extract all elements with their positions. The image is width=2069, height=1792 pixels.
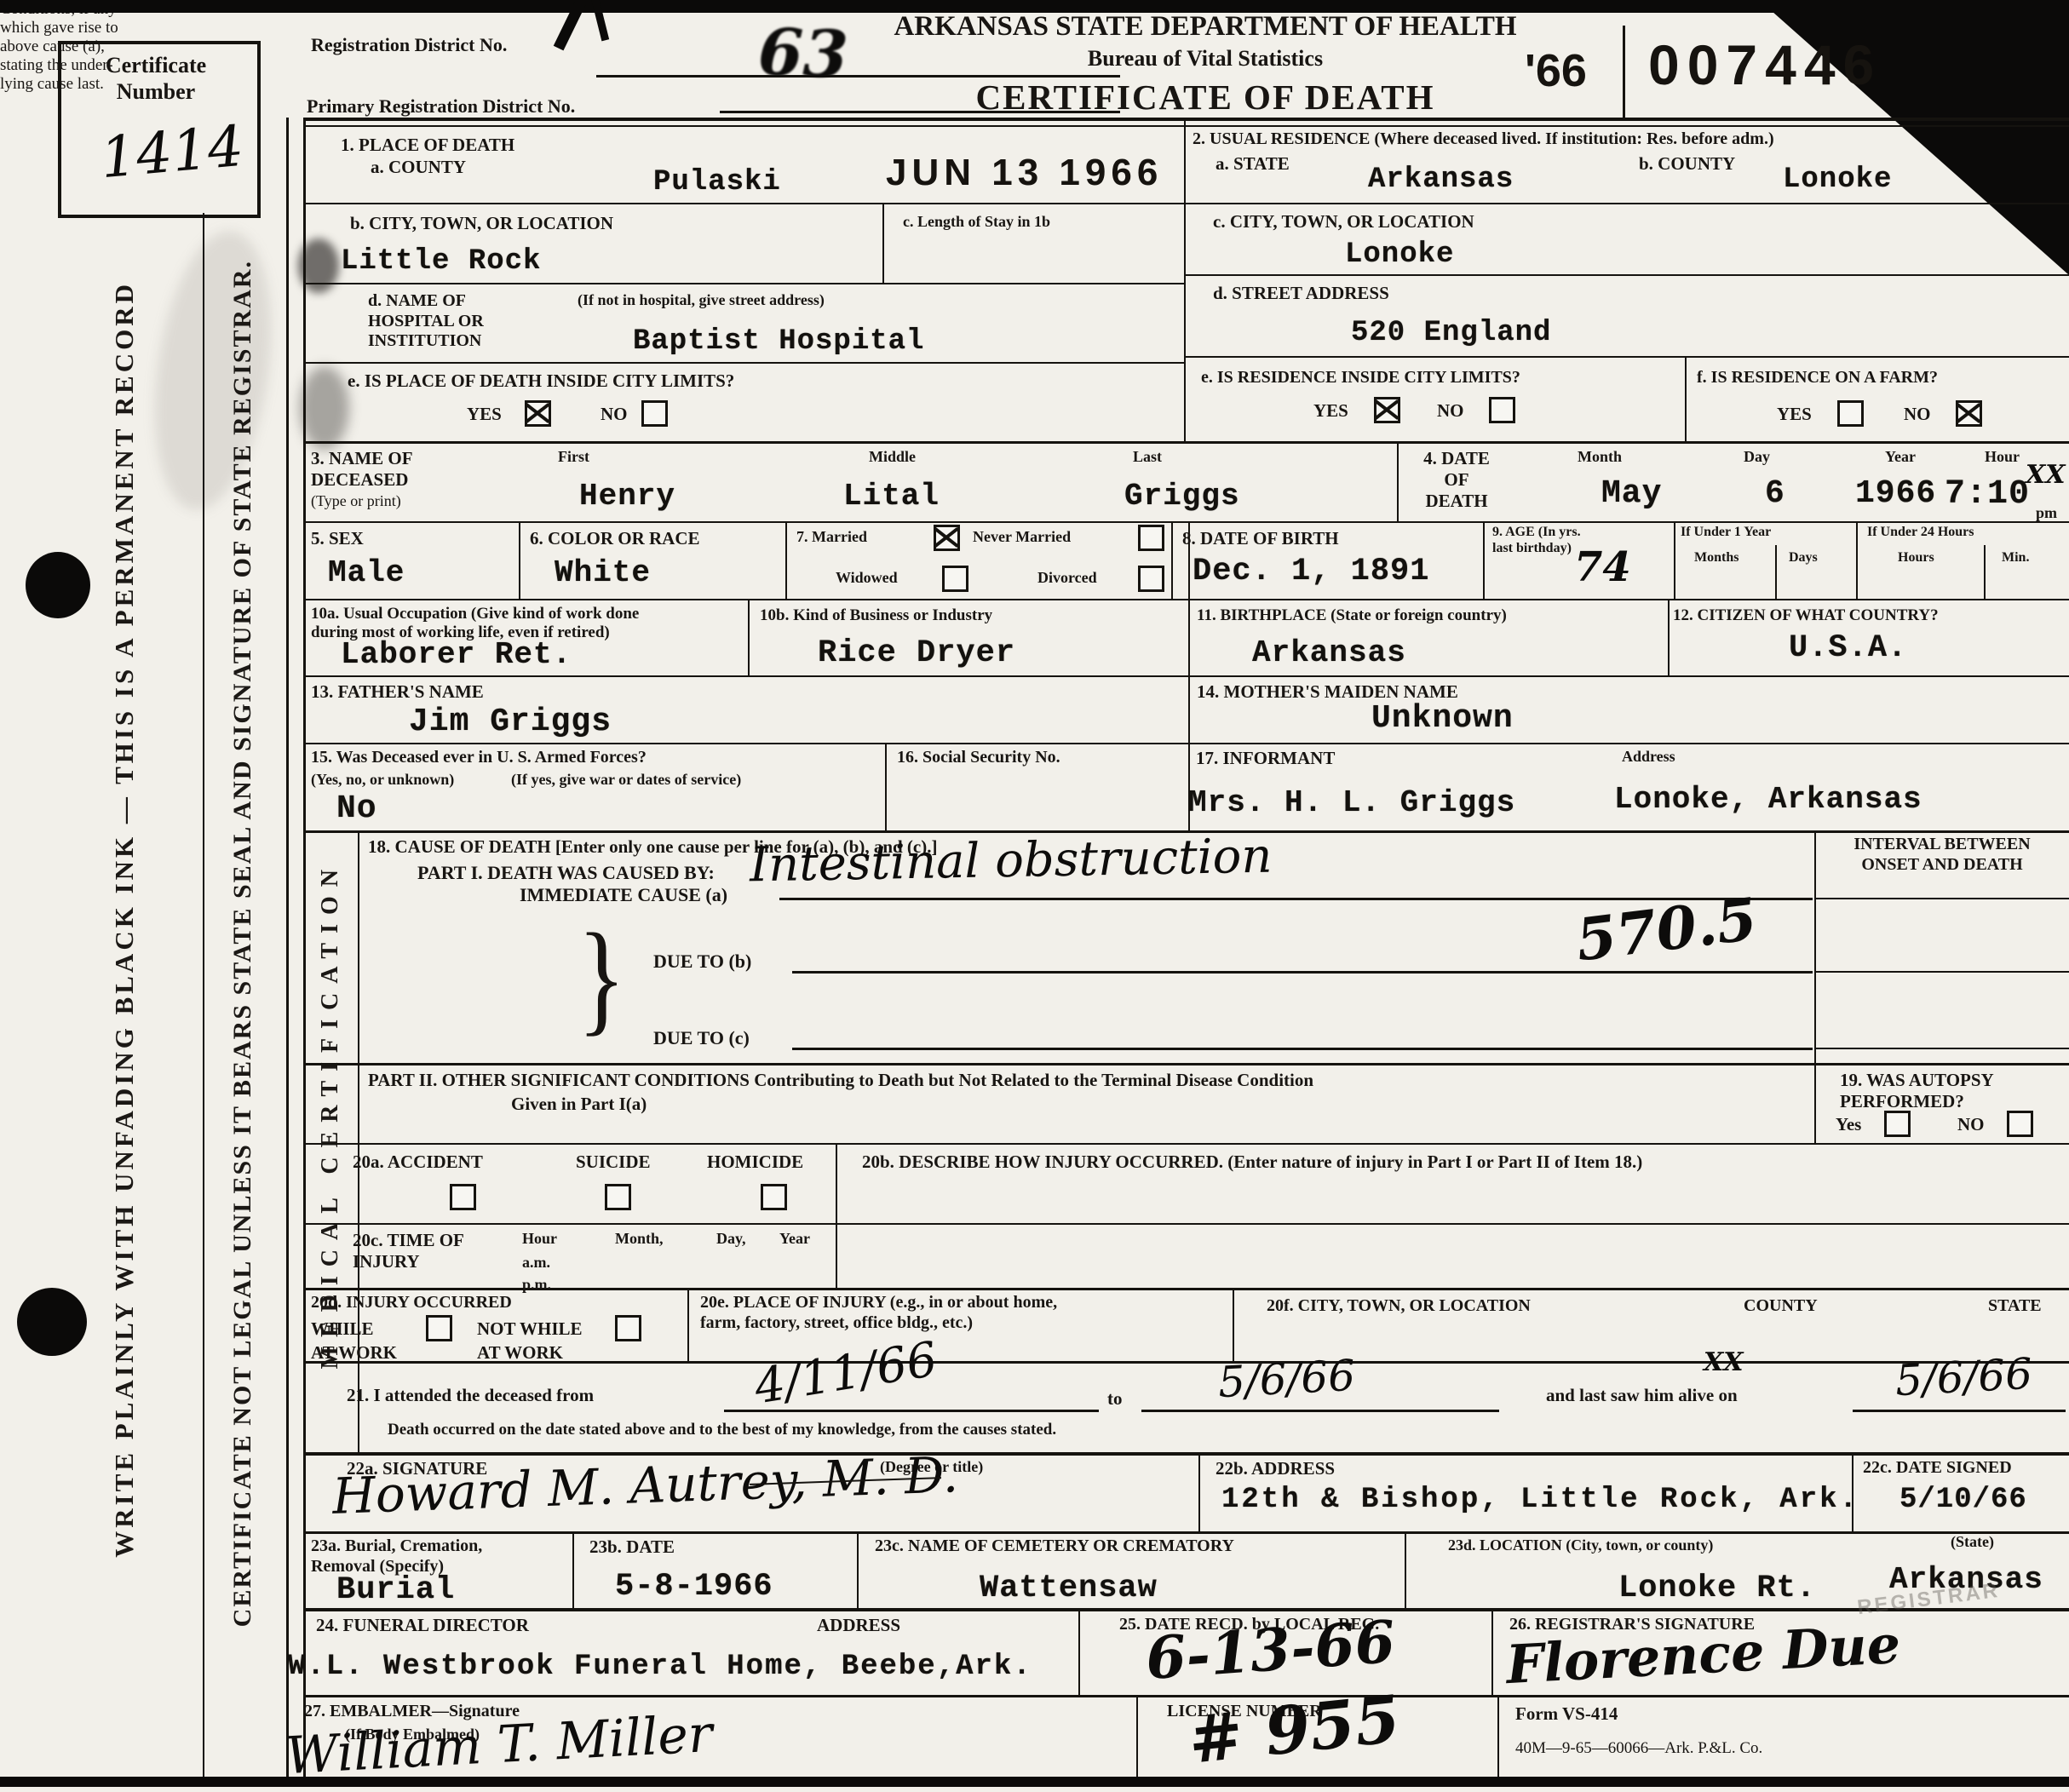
field-21-mid-text: and last saw him alive on <box>1546 1385 1738 1406</box>
certificate-serial-number: 007446 <box>1648 32 1882 97</box>
field-2d-street-value: 520 England <box>1351 317 1551 349</box>
field-1a-county-value: Pulaski <box>653 166 781 198</box>
field-19-label: 19. WAS AUTOPSY PERFORMED? <box>1840 1070 1994 1112</box>
field-18b-due-label: DUE TO (b) <box>653 951 751 973</box>
divider <box>1483 521 1485 599</box>
divider <box>1814 971 2069 973</box>
checkbox-7-married <box>934 525 960 551</box>
field-6-label: 6. COLOR OR RACE <box>530 528 700 549</box>
certificate-number-value: 1414 <box>98 113 246 191</box>
field-2e-limits-label: e. IS RESIDENCE INSIDE CITY LIMITS? <box>1201 368 1520 388</box>
divider <box>303 1063 2069 1065</box>
field-1b-city-label: b. CITY, TOWN, OR LOCATION <box>350 213 613 234</box>
field-8-value: Dec. 1, 1891 <box>1193 554 1429 589</box>
divider <box>748 599 750 675</box>
field-20e-label: 20e. PLACE OF INJURY (e.g., in or about … <box>700 1293 1057 1333</box>
field-20b-label: 20b. DESCRIBE HOW INJURY OCCURRED. (Ente… <box>862 1152 2037 1173</box>
divider <box>1497 1695 1499 1777</box>
field-3-label: 3. NAME OF DECEASED <box>311 448 413 491</box>
divider <box>303 521 2069 523</box>
divider <box>836 1143 837 1288</box>
field-12-label: 12. CITIZEN OF WHAT COUNTRY? <box>1673 606 1939 625</box>
checkbox-7-never-married <box>1138 525 1164 551</box>
field-2b-county-label: b. COUNTY <box>1639 153 1735 175</box>
divider <box>303 118 2069 121</box>
field-19-no-label: NO <box>1957 1114 1985 1135</box>
field-1c-stay-label: c. Length of Stay in 1b <box>903 213 1050 231</box>
divider <box>303 1361 2069 1364</box>
divider <box>1674 521 1675 599</box>
department-title: ARKANSAS STATE DEPARTMENT OF HEALTH <box>852 10 1559 43</box>
field-22c-value: 5/10/66 <box>1899 1484 2027 1516</box>
divider <box>203 213 204 1777</box>
field-3-middle-value: Lital <box>843 479 940 514</box>
field-20c-pm-label: p.m. <box>522 1276 551 1294</box>
field-21-from-value: 4/11/66 <box>750 1332 940 1416</box>
field-23d-state-label: (State) <box>1951 1533 1994 1551</box>
field-20c-year-label: Year <box>779 1230 810 1248</box>
hole-punch <box>26 552 90 618</box>
field-4-day-value: 6 <box>1765 475 1785 512</box>
registration-district-value: 63 <box>756 14 849 93</box>
divider <box>303 125 2069 127</box>
field-22b-label: 22b. ADDRESS <box>1216 1458 1335 1479</box>
field-16-label: 16. Social Security No. <box>897 748 1060 768</box>
field-15-hint1: (Yes, no, or unknown) <box>311 771 454 789</box>
ink-ghost-smudge <box>139 224 288 518</box>
divider <box>572 1531 574 1608</box>
field-3-first-label: First <box>558 448 589 466</box>
divider <box>303 743 2069 744</box>
checkbox-2e-yes <box>1374 397 1400 423</box>
checkbox-19-yes <box>1884 1111 1911 1137</box>
field-20a-accident-label: 20a. ACCIDENT <box>353 1152 483 1173</box>
form-number: Form VS-414 <box>1515 1703 1618 1725</box>
field-3-last-value: Griggs <box>1124 479 1240 514</box>
field-7-never-married-label: Never Married <box>973 528 1071 546</box>
field-12-value: U.S.A. <box>1789 630 1907 666</box>
field-18-part2-label: PART II. OTHER SIGNIFICANT CONDITIONS Co… <box>368 1070 1808 1091</box>
divider <box>303 283 1184 284</box>
checkbox-20a-accident <box>450 1184 476 1210</box>
certificate-number-label: Certificate Number <box>66 53 245 105</box>
field-4-ampm: pm <box>2036 504 2057 522</box>
divider <box>1141 1410 1499 1412</box>
field-2b-county-value: Lonoke <box>1783 164 1892 196</box>
field-10b-value: Rice Dryer <box>818 635 1015 671</box>
divider <box>857 1531 859 1608</box>
field-9-label: 9. AGE (In yrs. last birthday) <box>1492 525 1581 557</box>
field-20d-not-while-label: NOT WHILE <box>477 1318 583 1340</box>
field-20f-label: 20f. CITY, TOWN, OR LOCATION <box>1267 1296 1531 1317</box>
field-2e-yes-label: YES <box>1313 400 1348 422</box>
field-4-year-value: 1966 <box>1855 475 1936 512</box>
certificate-title: CERTIFICATE OF DEATH <box>852 77 1559 118</box>
field-1a-county-label: a. COUNTY <box>371 157 466 178</box>
margin-note-not-legal: CERTIFICATE NOT LEGAL UNLESS IT BEARS ST… <box>228 260 257 1627</box>
field-5-value: Male <box>328 555 405 590</box>
divider <box>303 118 306 1777</box>
field-4-month-value: May <box>1601 475 1662 512</box>
field-17-label: 17. INFORMANT <box>1196 748 1335 769</box>
divider <box>1775 545 1777 599</box>
divider <box>303 1531 2069 1534</box>
divider <box>1078 1608 1080 1695</box>
margin-note-permanent-record: WRITE PLAINLY WITH UNFADING BLACK INK — … <box>109 281 140 1558</box>
field-20d-while-label: WHILE <box>311 1318 374 1340</box>
field-20d-at-work2-label: AT WORK <box>477 1342 563 1364</box>
death-certificate-scan: Certificate Number 1414 WRITE PLAINLY WI… <box>0 0 2069 1792</box>
divider <box>885 743 887 830</box>
field-21-xx-mark: XX <box>1704 1347 1744 1377</box>
field-2f-farm-label: f. IS RESIDENCE ON A FARM? <box>1697 368 1938 388</box>
field-2d-street-label: d. STREET ADDRESS <box>1213 283 1389 304</box>
field-13-value: Jim Griggs <box>409 704 612 740</box>
field-2f-no-label: NO <box>1904 404 1931 425</box>
divider <box>1814 830 1816 1143</box>
field-9-value: 74 <box>1574 543 1631 591</box>
divider <box>1685 358 1687 441</box>
divider <box>303 441 2069 444</box>
field-1-title: 1. PLACE OF DEATH <box>341 135 514 156</box>
field-20c-day-label: Day, <box>716 1230 746 1248</box>
field-17-value: Mrs. H. L. Griggs <box>1188 785 1515 820</box>
field-23b-value: 5-8-1966 <box>615 1569 773 1605</box>
field-24-address-label: ADDRESS <box>817 1615 900 1636</box>
divider <box>1184 274 2069 276</box>
field-20a-homicide-label: HOMICIDE <box>707 1152 803 1173</box>
divider <box>303 675 2069 677</box>
field-23a-label: 23a. Burial, Cremation, Removal (Specify… <box>311 1536 482 1577</box>
divider <box>286 118 289 1777</box>
field-24-value: W.L. Westbrook Funeral Home, Beebe,Ark. <box>288 1651 1032 1683</box>
divider <box>1668 599 1670 675</box>
divider <box>1405 1531 1406 1608</box>
divider <box>1233 1288 1234 1361</box>
field-20f-county-label: COUNTY <box>1744 1296 1818 1317</box>
field-15-hint2: (If yes, give war or dates of service) <box>511 771 741 789</box>
divider <box>1491 1608 1493 1695</box>
form-print-info: 40M—9-65—60066—Ark. P.&L. Co. <box>1515 1739 1762 1758</box>
bureau-subtitle: Bureau of Vital Statistics <box>852 46 1559 72</box>
field-21-pre-text: 21. I attended the deceased from <box>347 1385 594 1406</box>
field-9-under1-label: If Under 1 Year <box>1681 525 1771 541</box>
field-22c-label: 22c. DATE SIGNED <box>1863 1458 2012 1479</box>
field-17-address-label: Address <box>1622 748 1675 766</box>
field-20d-label: 20d. INJURY OCCURRED <box>311 1293 512 1313</box>
divider <box>1184 121 1186 441</box>
divider <box>1184 356 2069 358</box>
divider <box>303 1452 2069 1456</box>
divider <box>303 203 2069 204</box>
field-3-middle-label: Middle <box>869 448 916 466</box>
divider <box>687 1288 689 1361</box>
field-9-under24-label: If Under 24 Hours <box>1867 525 1974 541</box>
field-1e-no-label: NO <box>601 404 628 425</box>
field-21-to-value: 5/6/66 <box>1217 1351 1357 1407</box>
field-13-label: 13. FATHER'S NAME <box>311 681 484 703</box>
field-11-value: Arkansas <box>1252 635 1406 670</box>
divider <box>303 1143 2069 1145</box>
checkbox-20a-suicide <box>605 1184 631 1210</box>
divider <box>1136 1695 1138 1777</box>
field-1b-city-value: Little Rock <box>341 245 541 278</box>
field-7-divorced-label: Divorced <box>1037 569 1097 587</box>
field-20c-label: 20c. TIME OF INJURY <box>353 1230 464 1272</box>
divider <box>1171 521 1173 599</box>
field-18-part2b-label: Given in Part I(a) <box>511 1094 647 1115</box>
field-11-label: 11. BIRTHPLACE (State or foreign country… <box>1197 606 1507 625</box>
field-21-to-word: to <box>1107 1388 1123 1410</box>
field-2c-city-value: Lonoke <box>1345 238 1454 271</box>
field-21-alive-value: 5/6/66 <box>1894 1349 2034 1405</box>
field-23d-label: 23d. LOCATION (City, town, or county) <box>1448 1536 1713 1554</box>
checkbox-20a-homicide <box>761 1184 787 1210</box>
field-18-part1-label: PART I. DEATH WAS CAUSED BY: <box>417 862 715 884</box>
checkbox-1e-yes <box>525 400 551 427</box>
field-23b-label: 23b. DATE <box>589 1536 675 1558</box>
field-15-value: No <box>336 790 377 827</box>
field-2f-yes-label: YES <box>1777 404 1812 425</box>
field-23c-label: 23c. NAME OF CEMETERY OR CREMATORY <box>875 1536 1234 1557</box>
field-20c-hour-label: Hour <box>522 1230 557 1248</box>
year-stamp: '66 <box>1525 44 1587 97</box>
field-1d-hospital-hint: (If not in hospital, give street address… <box>578 291 825 309</box>
divider <box>1198 1452 1200 1531</box>
field-7-married-label: 7. Married <box>796 528 867 546</box>
divider <box>882 204 884 283</box>
field-1e-limits-label: e. IS PLACE OF DEATH INSIDE CITY LIMITS? <box>348 370 734 392</box>
divider <box>303 1288 2069 1290</box>
divider <box>303 599 2069 600</box>
field-1d-hospital-label: d. NAME OF HOSPITAL OR INSTITUTION <box>368 291 484 352</box>
checkbox-20d-while <box>426 1315 452 1341</box>
ink-smudge <box>300 366 349 450</box>
field-1e-yes-label: YES <box>467 404 502 425</box>
checkbox-7-widowed <box>942 566 968 592</box>
field-4-hour-value: 7:10 <box>1945 475 2030 514</box>
checkbox-1e-no <box>641 400 668 427</box>
divider <box>1814 898 2069 899</box>
field-18c-due-label: DUE TO (c) <box>653 1027 750 1049</box>
divider <box>1188 521 1190 830</box>
divider <box>1623 26 1625 121</box>
field-2e-no-label: NO <box>1437 400 1464 422</box>
field-2c-city-label: c. CITY, TOWN, OR LOCATION <box>1213 211 1474 233</box>
divider <box>1853 1410 2066 1412</box>
divider <box>1984 545 1986 599</box>
field-3-hint: (Type or print) <box>311 492 401 510</box>
field-3-last-label: Last <box>1133 448 1162 466</box>
field-17-address-value: Lonoke, Arkansas <box>1614 782 1922 817</box>
checkbox-2f-no <box>1956 400 1982 427</box>
field-18a-cause-value: Intestinal obstruction <box>749 829 1272 893</box>
field-9-min-label: Min. <box>2002 550 2029 566</box>
field-9-days-label: Days <box>1789 550 1818 566</box>
field-5-label: 5. SEX <box>311 528 364 549</box>
checkbox-2f-yes <box>1837 400 1864 427</box>
field-4-label: 4. DATE OF DEATH <box>1410 448 1503 511</box>
field-24-label: 24. FUNERAL DIRECTOR <box>316 1615 529 1636</box>
field-2-title: 2. USUAL RESIDENCE (Where deceased lived… <box>1193 129 2061 150</box>
field-21-line2-text: Death occurred on the date stated above … <box>388 1421 1056 1439</box>
divider <box>792 1048 1813 1050</box>
registration-district-label: Registration District No. <box>311 34 507 56</box>
field-22b-value: 12th & Bishop, Little Rock, Ark. <box>1221 1484 1859 1516</box>
field-4-day-label: Day <box>1744 448 1770 466</box>
divider <box>519 521 520 599</box>
field-20c-month-label: Month, <box>615 1230 664 1248</box>
field-9-months-label: Months <box>1694 550 1739 566</box>
hole-punch <box>17 1288 87 1356</box>
field-9-hours-label: Hours <box>1898 550 1934 566</box>
field-23c-value: Wattensaw <box>980 1571 1158 1606</box>
field-20d-at-work1-label: AT WORK <box>311 1342 397 1364</box>
divider <box>303 1608 2069 1611</box>
checkbox-2e-no <box>1489 397 1515 423</box>
divider <box>1397 441 1399 521</box>
brace-glyph: } <box>578 904 626 1052</box>
divider <box>303 1223 2069 1225</box>
field-4-year-label: Year <box>1885 448 1916 466</box>
field-4-hour-label: Hour <box>1985 448 2020 466</box>
field-7-widowed-label: Widowed <box>836 569 898 587</box>
field-19-yes-label: Yes <box>1836 1114 1861 1135</box>
divider <box>303 1695 2069 1697</box>
field-10a-value: Laborer Ret. <box>341 637 572 672</box>
field-4-hour-xx-mark: XX <box>2026 460 2066 490</box>
field-20f-state-label: STATE <box>1988 1296 2042 1317</box>
field-18-interval-label: INTERVAL BETWEEN ONSET AND DEATH <box>1823 835 2061 875</box>
field-2a-state-label: a. STATE <box>1216 153 1290 175</box>
field-2a-state-value: Arkansas <box>1368 164 1514 196</box>
field-3-first-value: Henry <box>579 479 675 514</box>
divider <box>1814 1048 2069 1049</box>
field-23a-value: Burial <box>336 1572 455 1608</box>
primary-registration-district-label: Primary Registration District No. <box>307 95 575 118</box>
checkbox-7-divorced <box>1138 566 1164 592</box>
field-8-label: 8. DATE OF BIRTH <box>1182 528 1339 549</box>
date-received-stamp: JUN 13 1966 <box>886 152 1163 194</box>
checkbox-19-no <box>2007 1111 2033 1137</box>
field-6-value: White <box>555 555 651 590</box>
field-15-label: 15. Was Deceased ever in U. S. Armed For… <box>311 748 647 768</box>
divider <box>785 521 787 599</box>
divider <box>792 971 1813 974</box>
field-20a-suicide-label: SUICIDE <box>576 1152 651 1173</box>
field-14-value: Unknown <box>1371 700 1514 737</box>
checkbox-20d-not-while <box>615 1315 641 1341</box>
divider <box>303 362 1184 364</box>
divider <box>1856 521 1858 599</box>
field-4-month-label: Month <box>1578 448 1622 466</box>
field-20c-am-label: a.m. <box>522 1254 550 1272</box>
field-23d-value: Lonoke Rt. <box>1618 1571 1816 1606</box>
field-1d-hospital-value: Baptist Hospital <box>633 325 924 358</box>
field-10b-label: 10b. Kind of Business or Industry <box>760 606 992 625</box>
